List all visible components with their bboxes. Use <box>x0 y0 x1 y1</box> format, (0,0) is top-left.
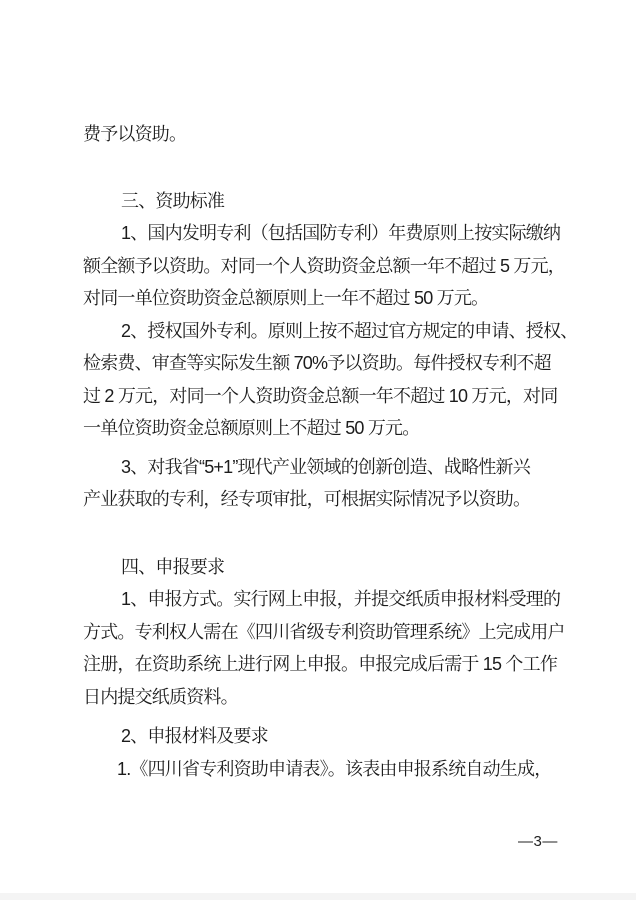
paragraph-line: 日内提交纸质资料。 <box>83 681 563 714</box>
paragraph-line: 1、国内发明专利（包括国防专利）年费原则上按实际缴纳 <box>83 217 563 250</box>
paragraph-domestic-patents: 1、国内发明专利（包括国防专利）年费原则上按实际缴纳 额全额予以资助。对同一个人… <box>83 217 563 315</box>
paragraph-line: 额全额予以资助。对同一个人资助资金总额一年不超过 5 万元， <box>83 250 563 283</box>
document-page: 费予以资助。 三、资助标准 1、国内发明专利（包括国防专利）年费原则上按实际缴纳… <box>0 0 636 900</box>
section-heading-application-requirements: 四、申报要求 <box>83 551 563 584</box>
paragraph-line: 2、申报材料及要求 <box>83 720 563 753</box>
paragraph-foreign-patents: 2、授权国外专利。原则上按不超过官方规定的申请、授权、 检索费、审查等实际发生额… <box>83 315 563 445</box>
paragraph-application-materials-heading: 2、申报材料及要求 <box>83 720 563 753</box>
paragraph-line: 2、授权国外专利。原则上按不超过官方规定的申请、授权、 <box>83 315 563 348</box>
paragraph-line: 3、对我省“5+1”现代产业领域的创新创造、战略性新兴 <box>83 451 563 484</box>
paragraph-line: 1.《四川省专利资助申请表》。该表由申报系统自动生成， <box>83 753 563 786</box>
paragraph-industry-patents: 3、对我省“5+1”现代产业领域的创新创造、战略性新兴 产业获取的专利，经专项审… <box>83 451 563 516</box>
page-number: —3— <box>518 833 558 850</box>
paragraph-application-form: 1.《四川省专利资助申请表》。该表由申报系统自动生成， <box>83 753 563 786</box>
scan-edge-artifact <box>0 893 636 900</box>
paragraph-line: 过 2 万元，对同一个人资助资金总额一年不超过 10 万元，对同 <box>83 380 563 413</box>
paragraph-line: 产业获取的专利，经专项审批，可根据实际情况予以资助。 <box>83 483 563 516</box>
section-heading-funding-standards: 三、资助标准 <box>83 185 563 218</box>
continuation-line: 费予以资助。 <box>83 118 563 151</box>
paragraph-line: 1、申报方式。实行网上申报，并提交纸质申报材料受理的 <box>83 583 563 616</box>
document-body: 费予以资助。 三、资助标准 1、国内发明专利（包括国防专利）年费原则上按实际缴纳… <box>83 118 563 785</box>
paragraph-application-method: 1、申报方式。实行网上申报，并提交纸质申报材料受理的 方式。专利权人需在《四川省… <box>83 583 563 713</box>
paragraph-line: 注册，在资助系统上进行网上申报。申报完成后需于 15 个工作 <box>83 648 563 681</box>
paragraph-line: 一单位资助资金总额原则上不超过 50 万元。 <box>83 412 563 445</box>
paragraph-line: 方式。专利权人需在《四川省级专利资助管理系统》上完成用户 <box>83 616 563 649</box>
paragraph-line: 对同一单位资助资金总额原则上一年不超过 50 万元。 <box>83 282 563 315</box>
paragraph-line: 检索费、审查等实际发生额 70%予以资助。每件授权专利不超 <box>83 347 563 380</box>
